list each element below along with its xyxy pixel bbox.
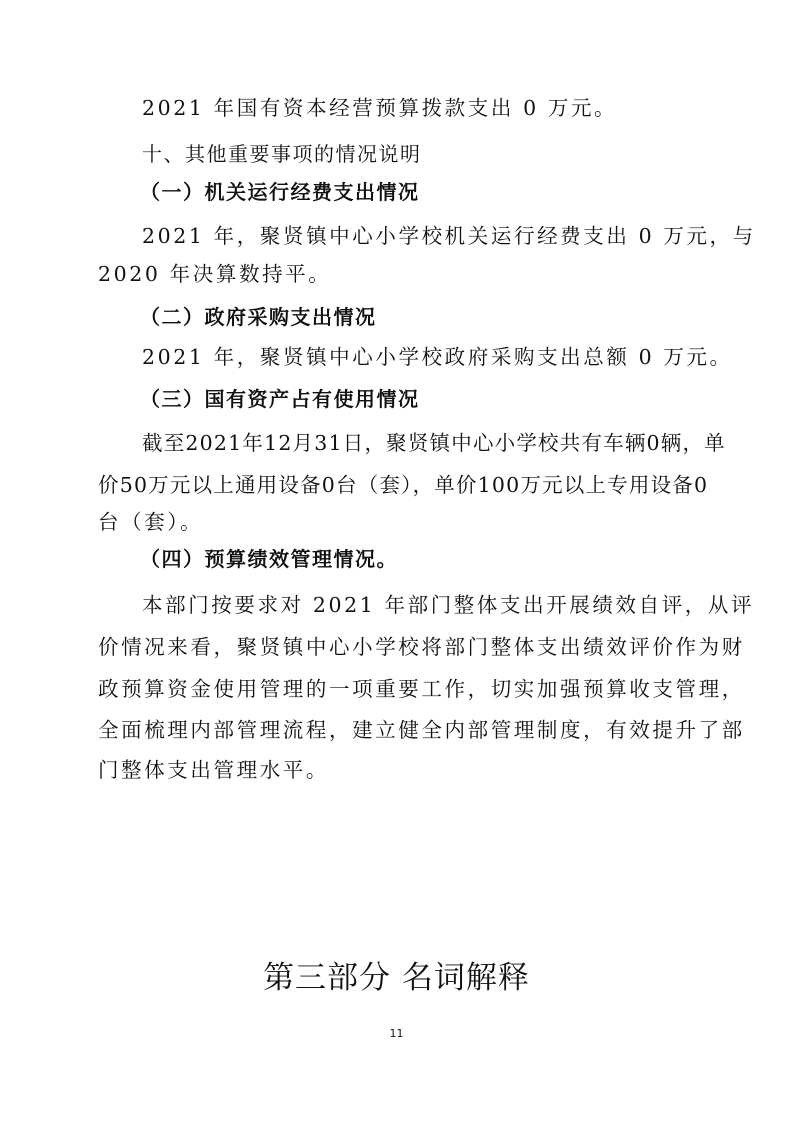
paragraph-state-capital-budget: 2021 年国有资本经营预算拨款支出 0 万元。 [142,95,732,121]
page-number: 11 [0,1027,793,1040]
paragraph-operating-expenses-2: 2020 年决算数持平。 [98,261,688,287]
paragraph-operating-expenses-1: 2021 年，聚贤镇中心小学校机关运行经费支出 0 万元，与 [142,223,732,249]
subheading-operating-expenses: （一）机关运行经费支出情况 [140,179,730,205]
paragraph-state-assets-1: 截至2021年12月31日，聚贤镇中心小学校共有车辆0辆，单 [142,430,732,456]
paragraph-state-assets-2: 价50万元以上通用设备0台（套），单价100万元以上专用设备0 [98,472,688,498]
subheading-performance-management: （四）预算绩效管理情况。 [140,546,730,572]
paragraph-performance-5: 门整体支出管理水平。 [98,757,688,783]
paragraph-performance-3: 政预算资金使用管理的一项重要工作，切实加强预算收支管理， [98,676,688,702]
subheading-procurement: （二）政府采购支出情况 [140,304,730,330]
paragraph-performance-4: 全面梳理内部管理流程，建立健全内部管理制度，有效提升了部 [98,717,688,743]
paragraph-performance-2: 价情况来看，聚贤镇中心小学校将部门整体支出绩效评价作为财 [98,634,688,660]
subheading-state-assets: （三）国有资产占有使用情况 [140,386,730,412]
paragraph-performance-1: 本部门按要求对 2021 年部门整体支出开展绩效自评，从评 [142,592,732,618]
paragraph-state-assets-3: 台（套）。 [98,509,688,535]
section-heading-other-matters: 十、其他重要事项的情况说明 [142,141,732,167]
paragraph-procurement: 2021 年，聚贤镇中心小学校政府采购支出总额 0 万元。 [142,344,732,370]
part-title: 第三部分 名词解释 [0,952,793,997]
